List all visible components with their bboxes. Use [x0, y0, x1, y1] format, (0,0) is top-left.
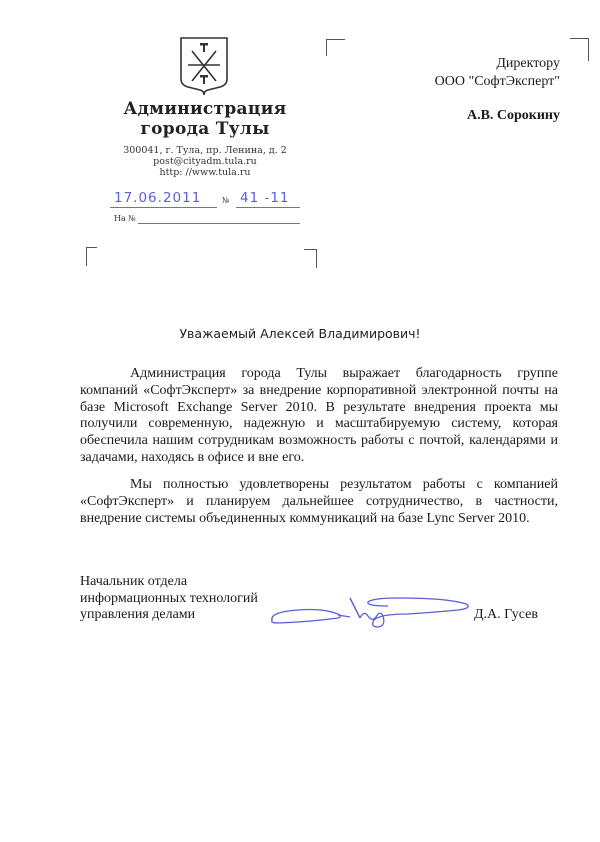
paragraph-text: Мы полностью удовлетворены результатом р… [80, 477, 558, 527]
addressee-company: ООО "СофтЭксперт" [435, 73, 560, 91]
signer-name: Д.А. Гусев [474, 607, 538, 623]
signer-title-line-1: Начальник отдела [80, 574, 258, 591]
corner-mark-top-right [304, 249, 317, 268]
tula-coat-of-arms-icon [178, 35, 230, 97]
reference-label: На № [114, 214, 136, 223]
website-address: http: //www.tula.ru [100, 167, 310, 178]
registration-number: 41 -11 [240, 190, 290, 206]
addressee-name: А.В. Сорокину [435, 107, 560, 125]
number-label: № [222, 196, 230, 205]
corner-mark-addressee-left [326, 39, 345, 56]
email-address: post@cityadm.tula.ru [100, 156, 310, 167]
corner-mark-addressee-right [570, 38, 589, 61]
reference-underline [138, 223, 300, 224]
registration-row: 17.06.2011 № 41 -11 [110, 190, 300, 210]
organization-contacts: 300041, г. Тула, пр. Ленина, д. 2 post@c… [100, 145, 310, 178]
org-name-line-1: Администрация [100, 99, 310, 119]
addressee-block: Директору ООО "СофтЭксперт" А.В. Сорокин… [435, 55, 560, 125]
addressee-position: Директору [435, 55, 560, 73]
salutation: Уважаемый Алексей Владимирович! [0, 326, 600, 341]
body-paragraph-2: Мы полностью удовлетворены результатом р… [80, 477, 558, 527]
date-underline [110, 207, 217, 208]
paragraph-text: Администрация города Тулы выражает благо… [80, 366, 558, 467]
body-paragraph-1: Администрация города Тулы выражает благо… [80, 366, 558, 467]
corner-mark-top-left [86, 247, 97, 266]
reference-row: На № [110, 214, 300, 228]
postal-address: 300041, г. Тула, пр. Ленина, д. 2 [100, 145, 310, 156]
signer-title: Начальник отдела информационных технолог… [80, 574, 258, 624]
signer-title-line-2: информационных технологий [80, 591, 258, 608]
handwritten-signature-icon [268, 590, 483, 630]
registration-date: 17.06.2011 [114, 190, 201, 206]
number-underline [236, 207, 300, 208]
organization-name: Администрация города Тулы [100, 99, 310, 139]
signer-title-line-3: управления делами [80, 607, 258, 624]
org-name-line-2: города Тулы [100, 119, 310, 139]
